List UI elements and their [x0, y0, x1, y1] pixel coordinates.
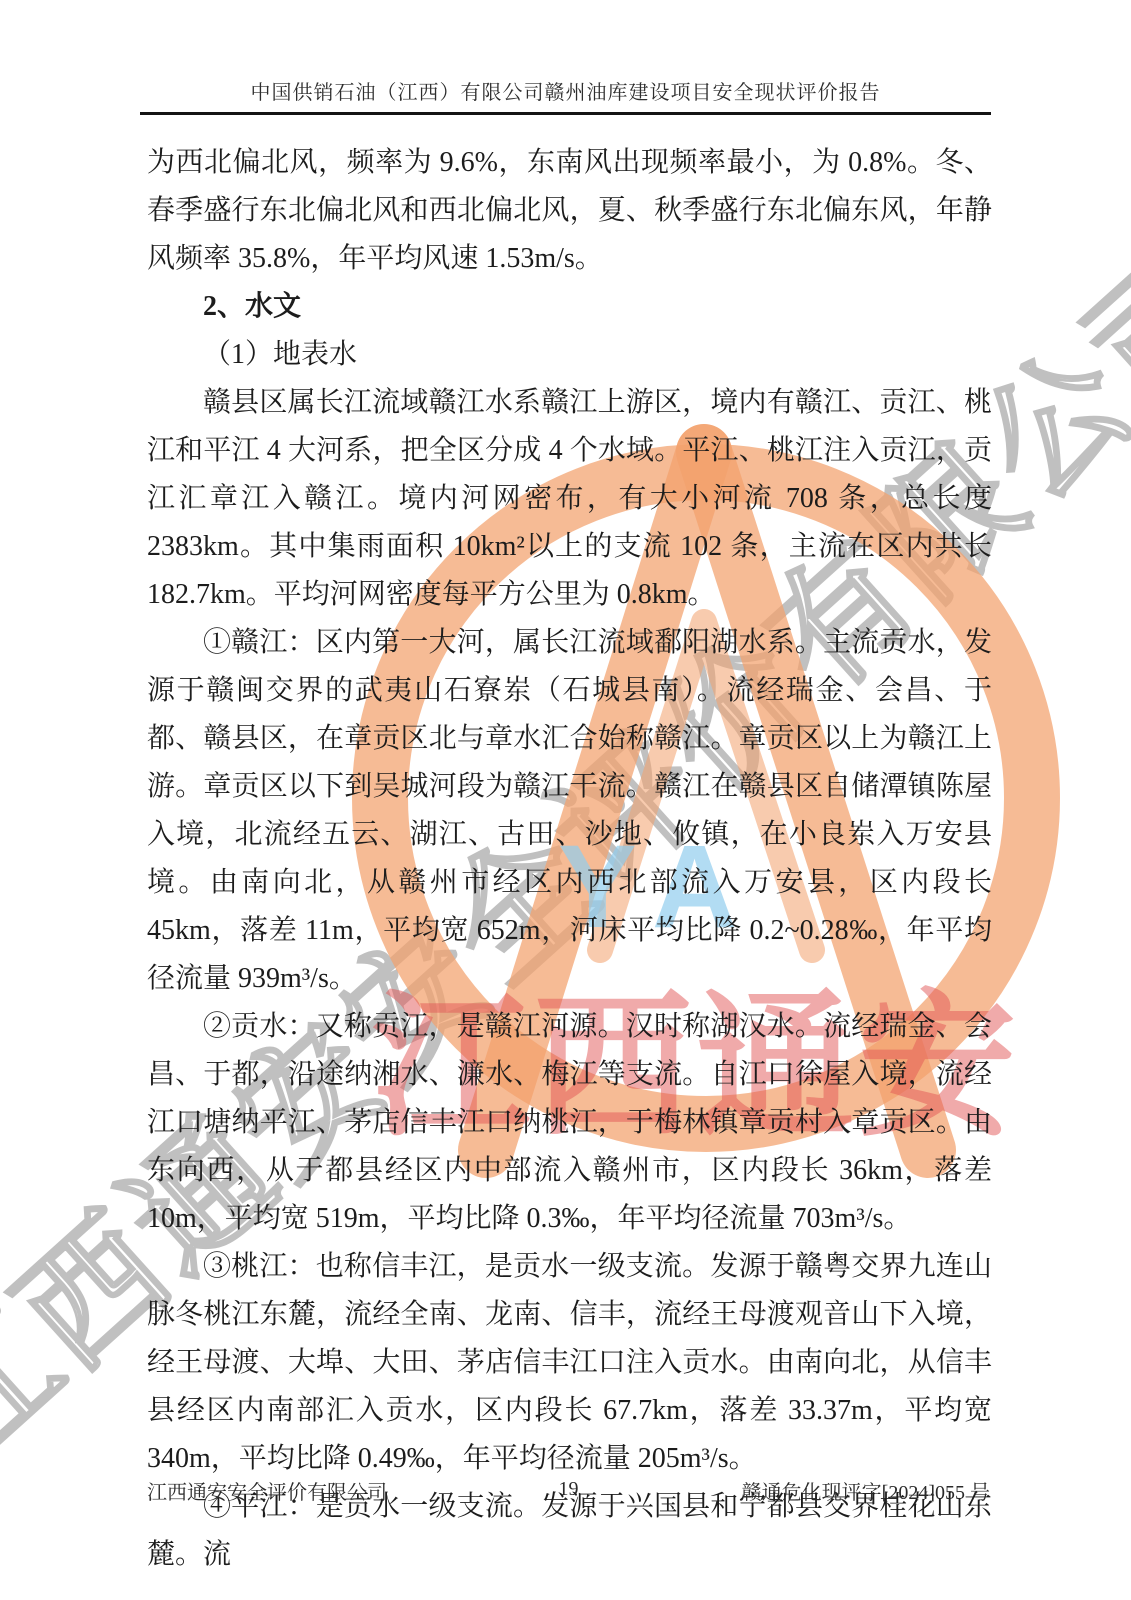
paragraph-taojiang-river: ③桃江：也称信丰江，是贡水一级支流。发源于赣粤交界九连山脉冬桃江东麓，流经全南、…	[147, 1243, 992, 1483]
document-body: 为西北偏北风，频率为 9.6%，东南风出现频率最小，为 0.8%。冬、春季盛行东…	[147, 139, 992, 1579]
subsection-heading-surface-water: （1）地表水	[147, 331, 992, 379]
header-divider	[140, 112, 991, 115]
page-footer: 江西通安安全评价有限公司 19 赣通危化现评字[2024]055 号	[147, 1476, 990, 1506]
paragraph-wind-climate: 为西北偏北风，频率为 9.6%，东南风出现频率最小，为 0.8%。冬、春季盛行东…	[147, 139, 992, 283]
report-header-title: 中国供销石油（江西）有限公司赣州油库建设项目安全现状评价报告	[0, 76, 1131, 105]
paragraph-gongshui-river: ②贡水：又称贡江，是赣江河源。汉时称湖汉水。流经瑞金、会昌、于都，沿途纳湘水、濂…	[147, 1003, 992, 1243]
paragraph-ganjiang-river: ①赣江：区内第一大河，属长江流域鄱阳湖水系。主流贡水，发源于赣闽交界的武夷山石寮…	[147, 619, 992, 1003]
footer-document-number: 赣通危化现评字[2024]055 号	[742, 1476, 990, 1505]
paragraph-river-system-overview: 赣县区属长江流域赣江水系赣江上游区，境内有赣江、贡江、桃江和平江 4 大河系，把…	[147, 379, 992, 619]
section-heading-hydrology: 2、水文	[147, 283, 992, 331]
document-page: 江西通安安全评价有限公司 YA 江西通安 中国供销石油（江西）有限公司赣州油库建…	[0, 0, 1131, 1600]
